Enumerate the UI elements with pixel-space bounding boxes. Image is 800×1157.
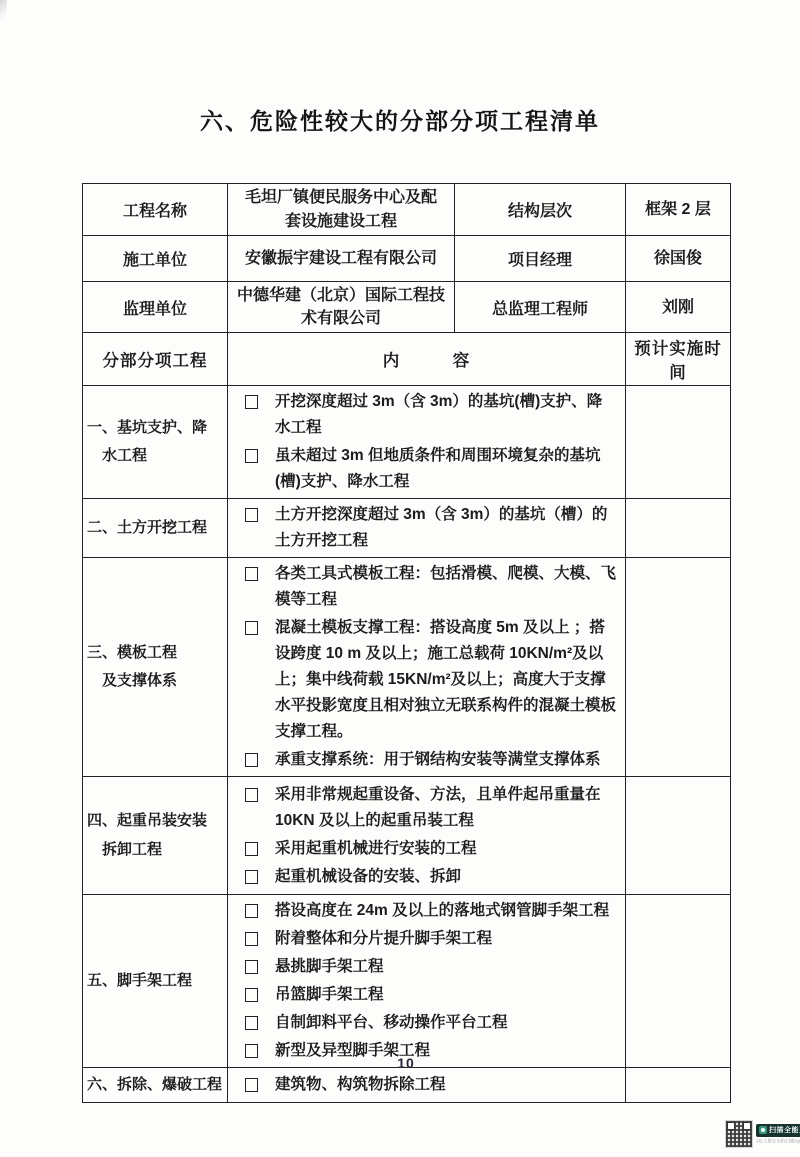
checklist-item: 自制卸料平台、移动操作平台工程 <box>232 1009 621 1037</box>
danger-projects-table: 工程名称 毛坦厂镇便民服务中心及配 套设施建设工程 结构层次 框架 2 层 施工… <box>82 183 731 1103</box>
scan-edge-artifact <box>0 0 7 20</box>
camscanner-watermark: 扫描全能王 3亿人都在用的扫描App <box>726 1121 800 1147</box>
project-manager-label: 项目经理 <box>455 236 626 282</box>
table-header-row: 分部分项工程 内 容 预计实施时间 <box>83 333 731 386</box>
item-text: 采用非常规起重设备、方法，且单件起吊重量在 10KN 及以上的起重吊装工程 <box>275 782 617 834</box>
checklist-item: 开挖深度超过 3m（含 3m）的基坑(槽)支护、降水工程 <box>232 388 621 442</box>
item-text: 自制卸料平台、移动操作平台工程 <box>275 1010 508 1036</box>
checklist-item: 建筑物、构筑物拆除工程 <box>232 1071 621 1099</box>
checkbox-icon <box>245 395 258 409</box>
checklist-item: 吊篮脚手架工程 <box>232 981 621 1009</box>
checklist-item: 采用非常规起重设备、方法，且单件起吊重量在 10KN 及以上的起重吊装工程 <box>232 781 621 835</box>
planned-time-cell <box>626 895 731 1068</box>
checkbox-icon <box>245 567 258 581</box>
table-row-hoisting: 四、起重吊装安装 拆卸工程 采用非常规起重设备、方法，且单件起吊重量在 10KN… <box>83 777 731 895</box>
column-header-content: 内 容 <box>228 333 626 386</box>
checkbox-icon <box>245 449 258 463</box>
page-title: 六、危险性较大的分部分项工程清单 <box>0 103 800 136</box>
item-text: 搭设高度在 24m 及以上的落地式钢管脚手架工程 <box>275 898 609 924</box>
row-content: 建筑物、构筑物拆除工程 <box>228 1068 626 1103</box>
checklist-item: 承重支撑系统：用于钢结构安装等满堂支撑体系 <box>232 746 621 774</box>
checklist-item: 采用起重机械进行安装的工程 <box>232 835 621 863</box>
item-text: 承重支撑系统：用于钢结构安装等满堂支撑体系 <box>275 747 601 773</box>
item-text: 附着整体和分片提升脚手架工程 <box>275 926 492 952</box>
table-row-supervision-unit: 监理单位 中德华建（北京）国际工程技 术有限公司 总监理工程师 刘刚 <box>83 282 731 333</box>
table-row-construction-unit: 施工单位 安徽振宇建设工程有限公司 项目经理 徐国俊 <box>83 236 731 282</box>
camscanner-app-name: 扫描全能王 <box>769 1125 800 1135</box>
checklist-item: 土方开挖深度超过 3m（含 3m）的基坑（槽）的土方开挖工程 <box>232 501 621 555</box>
qr-code-icon <box>726 1121 752 1147</box>
planned-time-cell <box>626 1068 731 1103</box>
row-content: 各类工具式模板工程：包括滑模、爬模、大模、飞模等工程 混凝土模板支撑工程：搭设高… <box>228 558 626 777</box>
checkbox-icon <box>245 1016 258 1030</box>
table-row-pit-support: 一、基坑支护、降 水工程 开挖深度超过 3m（含 3m）的基坑(槽)支护、降水工… <box>83 386 731 499</box>
row-label: 一、基坑支护、降 水工程 <box>83 386 228 499</box>
row-content: 采用非常规起重设备、方法，且单件起吊重量在 10KN 及以上的起重吊装工程 采用… <box>228 777 626 895</box>
item-text: 悬挑脚手架工程 <box>275 954 384 980</box>
checklist-item: 附着整体和分片提升脚手架工程 <box>232 925 621 953</box>
item-text: 混凝土模板支撑工程：搭设高度 5m 及以上 ；搭设跨度 10 m 及以上；施工总… <box>275 615 617 745</box>
supervision-unit-value: 中德华建（北京）国际工程技 术有限公司 <box>228 282 455 333</box>
table-row-formwork: 三、模板工程 及支撑体系 各类工具式模板工程：包括滑模、爬模、大模、飞模等工程 … <box>83 558 731 777</box>
row-content: 土方开挖深度超过 3m（含 3m）的基坑（槽）的土方开挖工程 <box>228 499 626 558</box>
checkbox-icon <box>245 753 258 767</box>
camscanner-badge: 扫描全能王 <box>756 1124 800 1137</box>
checklist-item: 混凝土模板支撑工程：搭设高度 5m 及以上 ；搭设跨度 10 m 及以上；施工总… <box>232 614 621 746</box>
planned-time-cell <box>626 777 731 895</box>
row-label: 四、起重吊装安装 拆卸工程 <box>83 777 228 895</box>
checkbox-icon <box>245 621 258 635</box>
project-name-value: 毛坦厂镇便民服务中心及配 套设施建设工程 <box>228 184 455 236</box>
checkbox-icon <box>245 508 258 522</box>
table-row-demolition: 六、拆除、爆破工程 建筑物、构筑物拆除工程 <box>83 1068 731 1103</box>
project-manager-value: 徐国俊 <box>626 236 731 282</box>
checkbox-icon <box>245 904 258 918</box>
checklist-item: 搭设高度在 24m 及以上的落地式钢管脚手架工程 <box>232 897 621 925</box>
row-label: 六、拆除、爆破工程 <box>83 1068 228 1103</box>
checkbox-icon <box>245 842 258 856</box>
item-text: 采用起重机械进行安装的工程 <box>275 836 477 862</box>
table-row-project-name: 工程名称 毛坦厂镇便民服务中心及配 套设施建设工程 结构层次 框架 2 层 <box>83 184 731 236</box>
item-text: 开挖深度超过 3m（含 3m）的基坑(槽)支护、降水工程 <box>275 389 617 441</box>
row-label: 二、土方开挖工程 <box>83 499 228 558</box>
planned-time-cell <box>626 386 731 499</box>
checklist-item: 虽未超过 3m 但地质条件和周围环境复杂的基坑(槽)支护、降水工程 <box>232 442 621 496</box>
checklist-item: 起重机械设备的安装、拆卸 <box>232 863 621 891</box>
construction-unit-label: 施工单位 <box>83 236 228 282</box>
item-text: 土方开挖深度超过 3m（含 3m）的基坑（槽）的土方开挖工程 <box>275 502 617 554</box>
column-header-subproject: 分部分项工程 <box>83 333 228 386</box>
chief-supervisor-label: 总监理工程师 <box>455 282 626 333</box>
structure-level-label: 结构层次 <box>455 184 626 236</box>
item-text: 建筑物、构筑物拆除工程 <box>275 1072 446 1098</box>
structure-level-value: 框架 2 层 <box>626 184 731 236</box>
planned-time-cell <box>626 558 731 777</box>
checkbox-icon <box>245 870 258 884</box>
planned-time-cell <box>626 499 731 558</box>
camscanner-tagline: 3亿人都在用的扫描App <box>756 1138 800 1144</box>
checkbox-icon <box>245 788 258 802</box>
project-name-label: 工程名称 <box>83 184 228 236</box>
item-text: 起重机械设备的安装、拆卸 <box>275 864 461 890</box>
checkbox-icon <box>245 960 258 974</box>
item-text: 各类工具式模板工程：包括滑模、爬模、大模、飞模等工程 <box>275 561 617 613</box>
checkbox-icon <box>245 1078 258 1092</box>
item-text: 吊篮脚手架工程 <box>275 982 384 1008</box>
table-row-scaffolding: 五、脚手架工程 搭设高度在 24m 及以上的落地式钢管脚手架工程 附着整体和分片… <box>83 895 731 1068</box>
table-row-earth-excavation: 二、土方开挖工程 土方开挖深度超过 3m（含 3m）的基坑（槽）的土方开挖工程 <box>83 499 731 558</box>
camscanner-logo-icon <box>759 1126 767 1134</box>
page-number: 10 <box>0 1055 800 1071</box>
chief-supervisor-value: 刘刚 <box>626 282 731 333</box>
construction-unit-value: 安徽振宇建设工程有限公司 <box>228 236 455 282</box>
checklist-item: 各类工具式模板工程：包括滑模、爬模、大模、飞模等工程 <box>232 560 621 614</box>
row-content: 开挖深度超过 3m（含 3m）的基坑(槽)支护、降水工程 虽未超过 3m 但地质… <box>228 386 626 499</box>
item-text: 虽未超过 3m 但地质条件和周围环境复杂的基坑(槽)支护、降水工程 <box>275 443 617 495</box>
supervision-unit-label: 监理单位 <box>83 282 228 333</box>
row-label: 三、模板工程 及支撑体系 <box>83 558 228 777</box>
checkbox-icon <box>245 988 258 1002</box>
row-content: 搭设高度在 24m 及以上的落地式钢管脚手架工程 附着整体和分片提升脚手架工程 … <box>228 895 626 1068</box>
scanned-document-page: 六、危险性较大的分部分项工程清单 工程名称 毛坦厂镇便民服务中心及配 套设施建设… <box>0 0 800 1157</box>
camscanner-label: 扫描全能王 3亿人都在用的扫描App <box>756 1124 800 1145</box>
checklist-item: 悬挑脚手架工程 <box>232 953 621 981</box>
checkbox-icon <box>245 932 258 946</box>
row-label: 五、脚手架工程 <box>83 895 228 1068</box>
column-header-planned-time: 预计实施时间 <box>626 333 731 386</box>
